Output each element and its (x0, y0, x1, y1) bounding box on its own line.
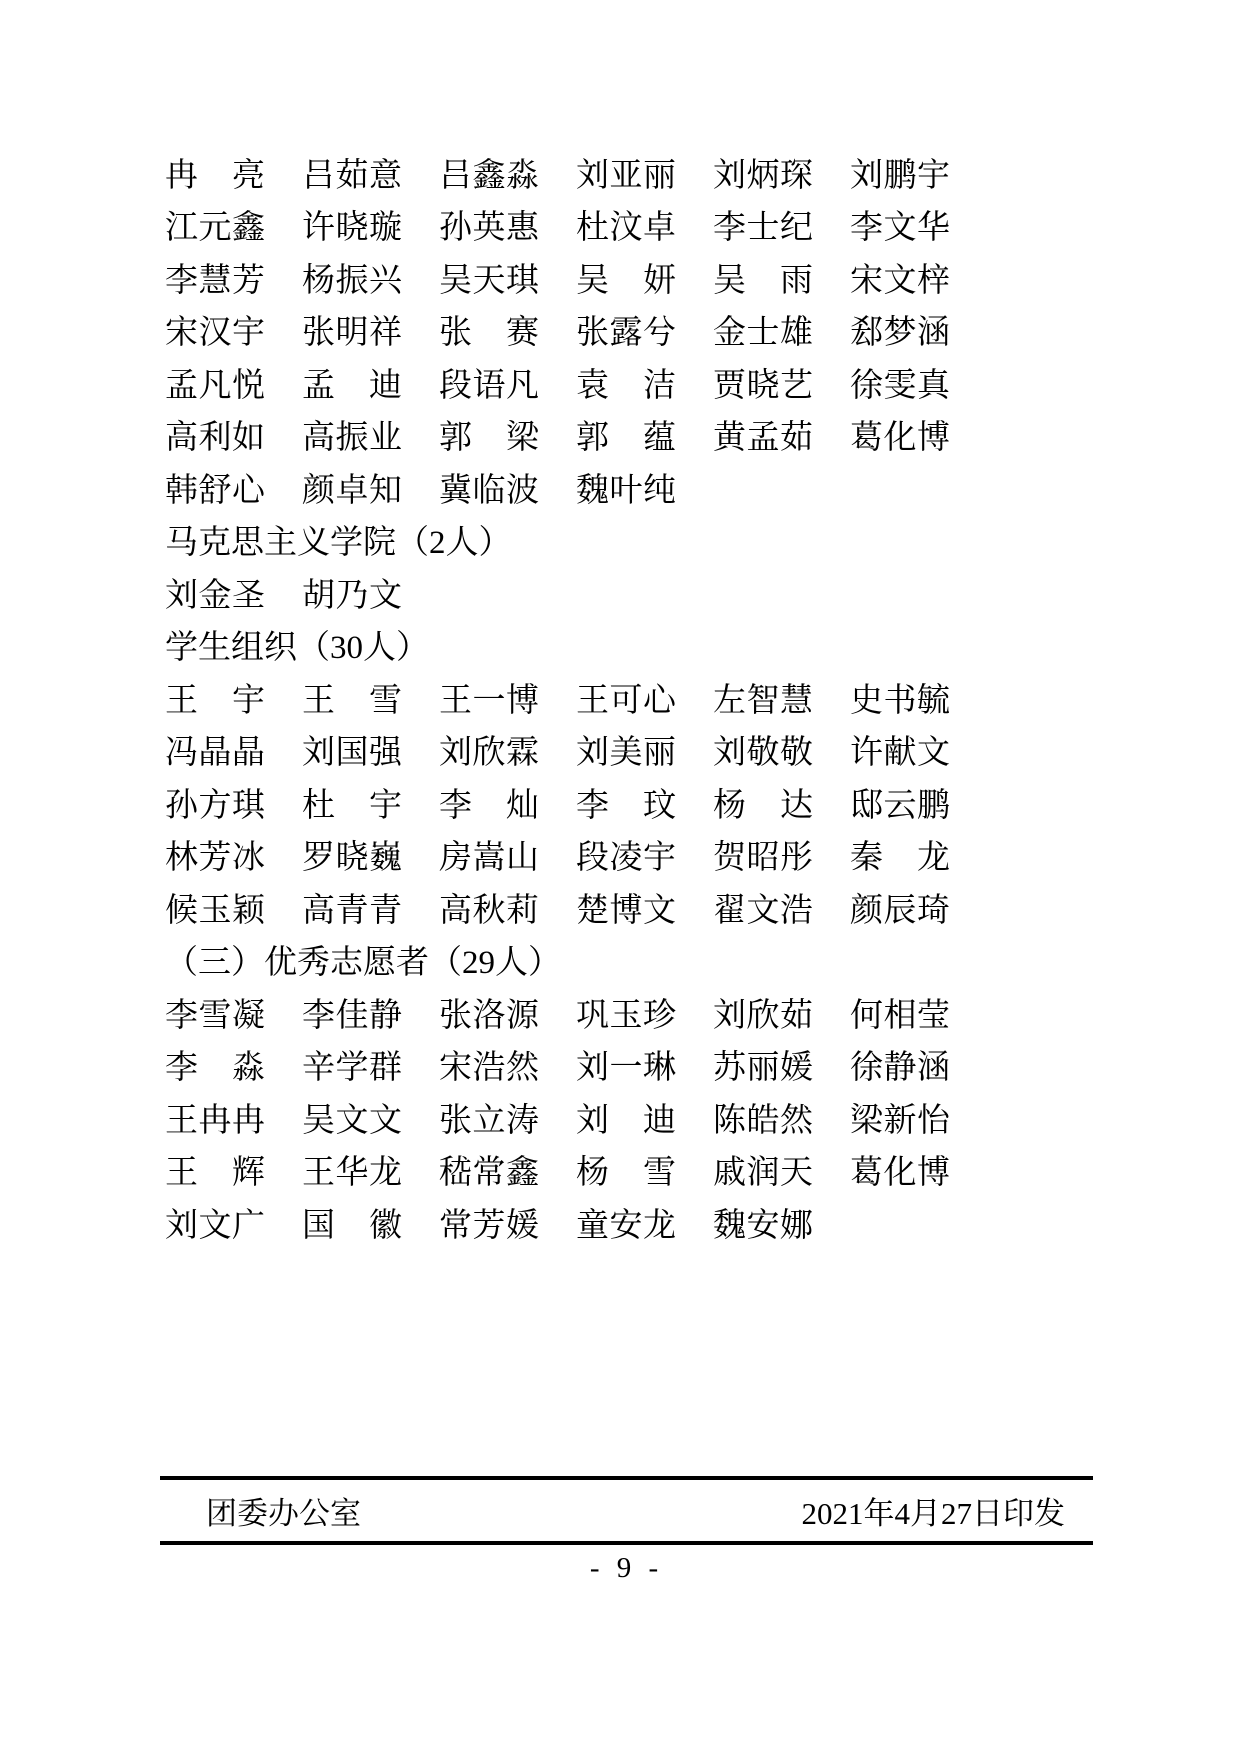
person-name: 孟迪 (302, 359, 402, 406)
name-row: 李淼辛学群宋浩然刘一琳苏丽媛徐静涵 (165, 1039, 1095, 1092)
person-name: 王雪 (302, 674, 402, 721)
person-name: 刘国强 (302, 726, 402, 773)
person-name: 贾晓艺 (713, 359, 813, 406)
person-name: 韩舒心 (165, 464, 265, 511)
person-name: 吴妍 (576, 254, 676, 301)
person-name: 王冉冉 (165, 1094, 265, 1141)
person-name: 胡乃文 (302, 569, 402, 616)
person-name: 郄梦涵 (850, 306, 950, 353)
person-name: 高振业 (302, 411, 402, 458)
person-name: 张赛 (439, 306, 539, 353)
footer-rule-bottom (160, 1541, 1093, 1545)
person-name: 林芳冰 (165, 831, 265, 878)
person-name: 段凌宇 (576, 831, 676, 878)
person-name: 黄孟茹 (713, 411, 813, 458)
person-name: 史书毓 (850, 674, 950, 721)
person-name: 刘迪 (576, 1094, 676, 1141)
person-name: 郭蕴 (576, 411, 676, 458)
print-date: 2021年4月27日印发 (802, 1488, 1066, 1533)
section-heading: 学生组织（30人） (165, 619, 1095, 672)
section-heading: 马克思主义学院（2人） (165, 514, 1095, 567)
person-name: 李雪凝 (165, 989, 265, 1036)
person-name: 吴文文 (302, 1094, 402, 1141)
person-name: 左智慧 (713, 674, 813, 721)
person-name: 国徽 (302, 1199, 402, 1246)
person-name: 孙方琪 (165, 779, 265, 826)
person-name: 楚博文 (576, 884, 676, 931)
person-name: 辛学群 (302, 1041, 402, 1088)
person-name: 李文华 (850, 201, 950, 248)
person-name: 刘金圣 (165, 569, 265, 616)
name-row: 江元鑫许晓璇孙英惠杜汶卓李士纪李文华 (165, 199, 1095, 252)
person-name: 刘敬敬 (713, 726, 813, 773)
person-name: 王华龙 (302, 1146, 402, 1193)
person-name: 宋浩然 (439, 1041, 539, 1088)
person-name: 吕鑫淼 (439, 149, 539, 196)
person-name: 张洛源 (439, 989, 539, 1036)
person-name: 孟凡悦 (165, 359, 265, 406)
person-name: 徐静涵 (850, 1041, 950, 1088)
person-name: 梁新怡 (850, 1094, 950, 1141)
name-row: 王宇王雪王一博王可心左智慧史书毓 (165, 671, 1095, 724)
name-list: 冉亮吕茹意吕鑫淼刘亚丽刘炳琛刘鹏宇江元鑫许晓璇孙英惠杜汶卓李士纪李文华李慧芳杨振… (165, 146, 1095, 1249)
person-name: 秦龙 (850, 831, 950, 878)
person-name: 杨达 (713, 779, 813, 826)
person-name: 徐雯真 (850, 359, 950, 406)
person-name: 冯晶晶 (165, 726, 265, 773)
person-name: 邸云鹏 (850, 779, 950, 826)
person-name: 刘亚丽 (576, 149, 676, 196)
name-row: 冉亮吕茹意吕鑫淼刘亚丽刘炳琛刘鹏宇 (165, 146, 1095, 199)
name-row: 候玉颖高青青高秋莉楚博文翟文浩颜辰琦 (165, 881, 1095, 934)
name-row: 刘金圣胡乃文 (165, 566, 1095, 619)
name-row: 王冉冉吴文文张立涛刘迪陈皓然梁新怡 (165, 1091, 1095, 1144)
person-name: 苏丽媛 (713, 1041, 813, 1088)
person-name: 王可心 (576, 674, 676, 721)
person-name: 罗晓巍 (302, 831, 402, 878)
person-name: 吴雨 (713, 254, 813, 301)
person-name: 孙英惠 (439, 201, 539, 248)
person-name: 冀临波 (439, 464, 539, 511)
document-page: 冉亮吕茹意吕鑫淼刘亚丽刘炳琛刘鹏宇江元鑫许晓璇孙英惠杜汶卓李士纪李文华李慧芳杨振… (0, 0, 1241, 1755)
person-name: 吕茹意 (302, 149, 402, 196)
name-row: 李雪凝李佳静张洛源巩玉珍刘欣茹何相莹 (165, 986, 1095, 1039)
person-name: 常芳媛 (439, 1199, 539, 1246)
person-name: 段语凡 (439, 359, 539, 406)
person-name: 李士纪 (713, 201, 813, 248)
person-name: 翟文浩 (713, 884, 813, 931)
person-name: 许晓璇 (302, 201, 402, 248)
section-heading: （三）优秀志愿者（29人） (165, 934, 1095, 987)
name-row: 王辉王华龙嵇常鑫杨雪戚润天葛化博 (165, 1144, 1095, 1197)
person-name: 候玉颖 (165, 884, 265, 931)
person-name: 刘欣茹 (713, 989, 813, 1036)
issuing-office: 团委办公室 (206, 1488, 361, 1533)
person-name: 贺昭彤 (713, 831, 813, 878)
person-name: 刘美丽 (576, 726, 676, 773)
person-name: 张立涛 (439, 1094, 539, 1141)
person-name: 刘一琳 (576, 1041, 676, 1088)
person-name: 戚润天 (713, 1146, 813, 1193)
person-name: 吴天琪 (439, 254, 539, 301)
person-name: 宋汉宇 (165, 306, 265, 353)
person-name: 杜宇 (302, 779, 402, 826)
person-name: 陈皓然 (713, 1094, 813, 1141)
name-row: 宋汉宇张明祥张赛张露兮金士雄郄梦涵 (165, 304, 1095, 357)
person-name: 魏安娜 (713, 1199, 813, 1246)
person-name: 郭梁 (439, 411, 539, 458)
person-name: 颜辰琦 (850, 884, 950, 931)
person-name: 王宇 (165, 674, 265, 721)
person-name: 巩玉珍 (576, 989, 676, 1036)
person-name: 刘文广 (165, 1199, 265, 1246)
person-name: 高利如 (165, 411, 265, 458)
person-name: 冉亮 (165, 149, 265, 196)
person-name: 王一博 (439, 674, 539, 721)
name-row: 林芳冰罗晓巍房嵩山段凌宇贺昭彤秦龙 (165, 829, 1095, 882)
name-row: 孙方琪杜宇李灿李玟杨达邸云鹏 (165, 776, 1095, 829)
name-row: 李慧芳杨振兴吴天琪吴妍吴雨宋文梓 (165, 251, 1095, 304)
person-name: 刘鹏宇 (850, 149, 950, 196)
person-name: 杨振兴 (302, 254, 402, 301)
person-name: 嵇常鑫 (439, 1146, 539, 1193)
name-row: 冯晶晶刘国强刘欣霖刘美丽刘敬敬许献文 (165, 724, 1095, 777)
person-name: 葛化博 (850, 411, 950, 458)
person-name: 江元鑫 (165, 201, 265, 248)
person-name: 何相莹 (850, 989, 950, 1036)
person-name: 刘炳琛 (713, 149, 813, 196)
name-row: 刘文广国徽常芳媛童安龙魏安娜 (165, 1196, 1095, 1249)
person-name: 李灿 (439, 779, 539, 826)
person-name: 宋文梓 (850, 254, 950, 301)
person-name: 魏叶纯 (576, 464, 676, 511)
person-name: 张露兮 (576, 306, 676, 353)
person-name: 袁洁 (576, 359, 676, 406)
person-name: 李佳静 (302, 989, 402, 1036)
person-name: 高秋莉 (439, 884, 539, 931)
person-name: 王辉 (165, 1146, 265, 1193)
person-name: 杜汶卓 (576, 201, 676, 248)
person-name: 高青青 (302, 884, 402, 931)
person-name: 葛化博 (850, 1146, 950, 1193)
name-row: 高利如高振业郭梁郭蕴黄孟茹葛化博 (165, 409, 1095, 462)
person-name: 李慧芳 (165, 254, 265, 301)
person-name: 许献文 (850, 726, 950, 773)
name-row: 孟凡悦孟迪段语凡袁洁贾晓艺徐雯真 (165, 356, 1095, 409)
page-number: - 9 - (160, 1552, 1093, 1585)
person-name: 李玟 (576, 779, 676, 826)
person-name: 金士雄 (713, 306, 813, 353)
name-row: 韩舒心颜卓知冀临波魏叶纯 (165, 461, 1095, 514)
person-name: 颜卓知 (302, 464, 402, 511)
person-name: 李淼 (165, 1041, 265, 1088)
person-name: 张明祥 (302, 306, 402, 353)
person-name: 房嵩山 (439, 831, 539, 878)
person-name: 杨雪 (576, 1146, 676, 1193)
person-name: 刘欣霖 (439, 726, 539, 773)
footer-row: 团委办公室 2021年4月27日印发 (160, 1480, 1093, 1541)
person-name: 童安龙 (576, 1199, 676, 1246)
